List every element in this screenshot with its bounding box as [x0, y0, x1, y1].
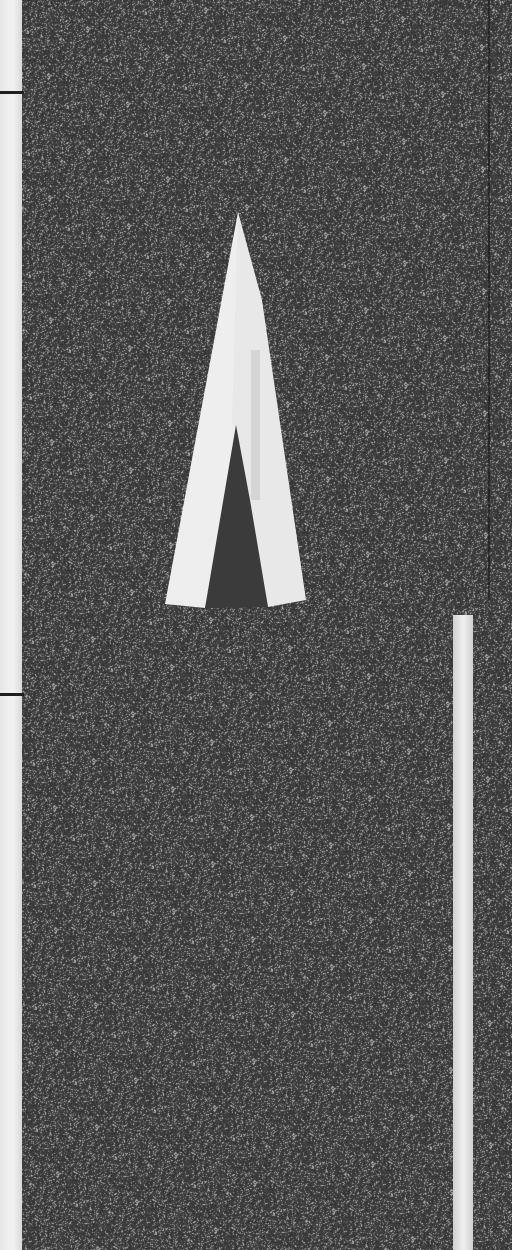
road-arrow-icon — [0, 0, 512, 1250]
road-scene — [0, 0, 512, 1250]
